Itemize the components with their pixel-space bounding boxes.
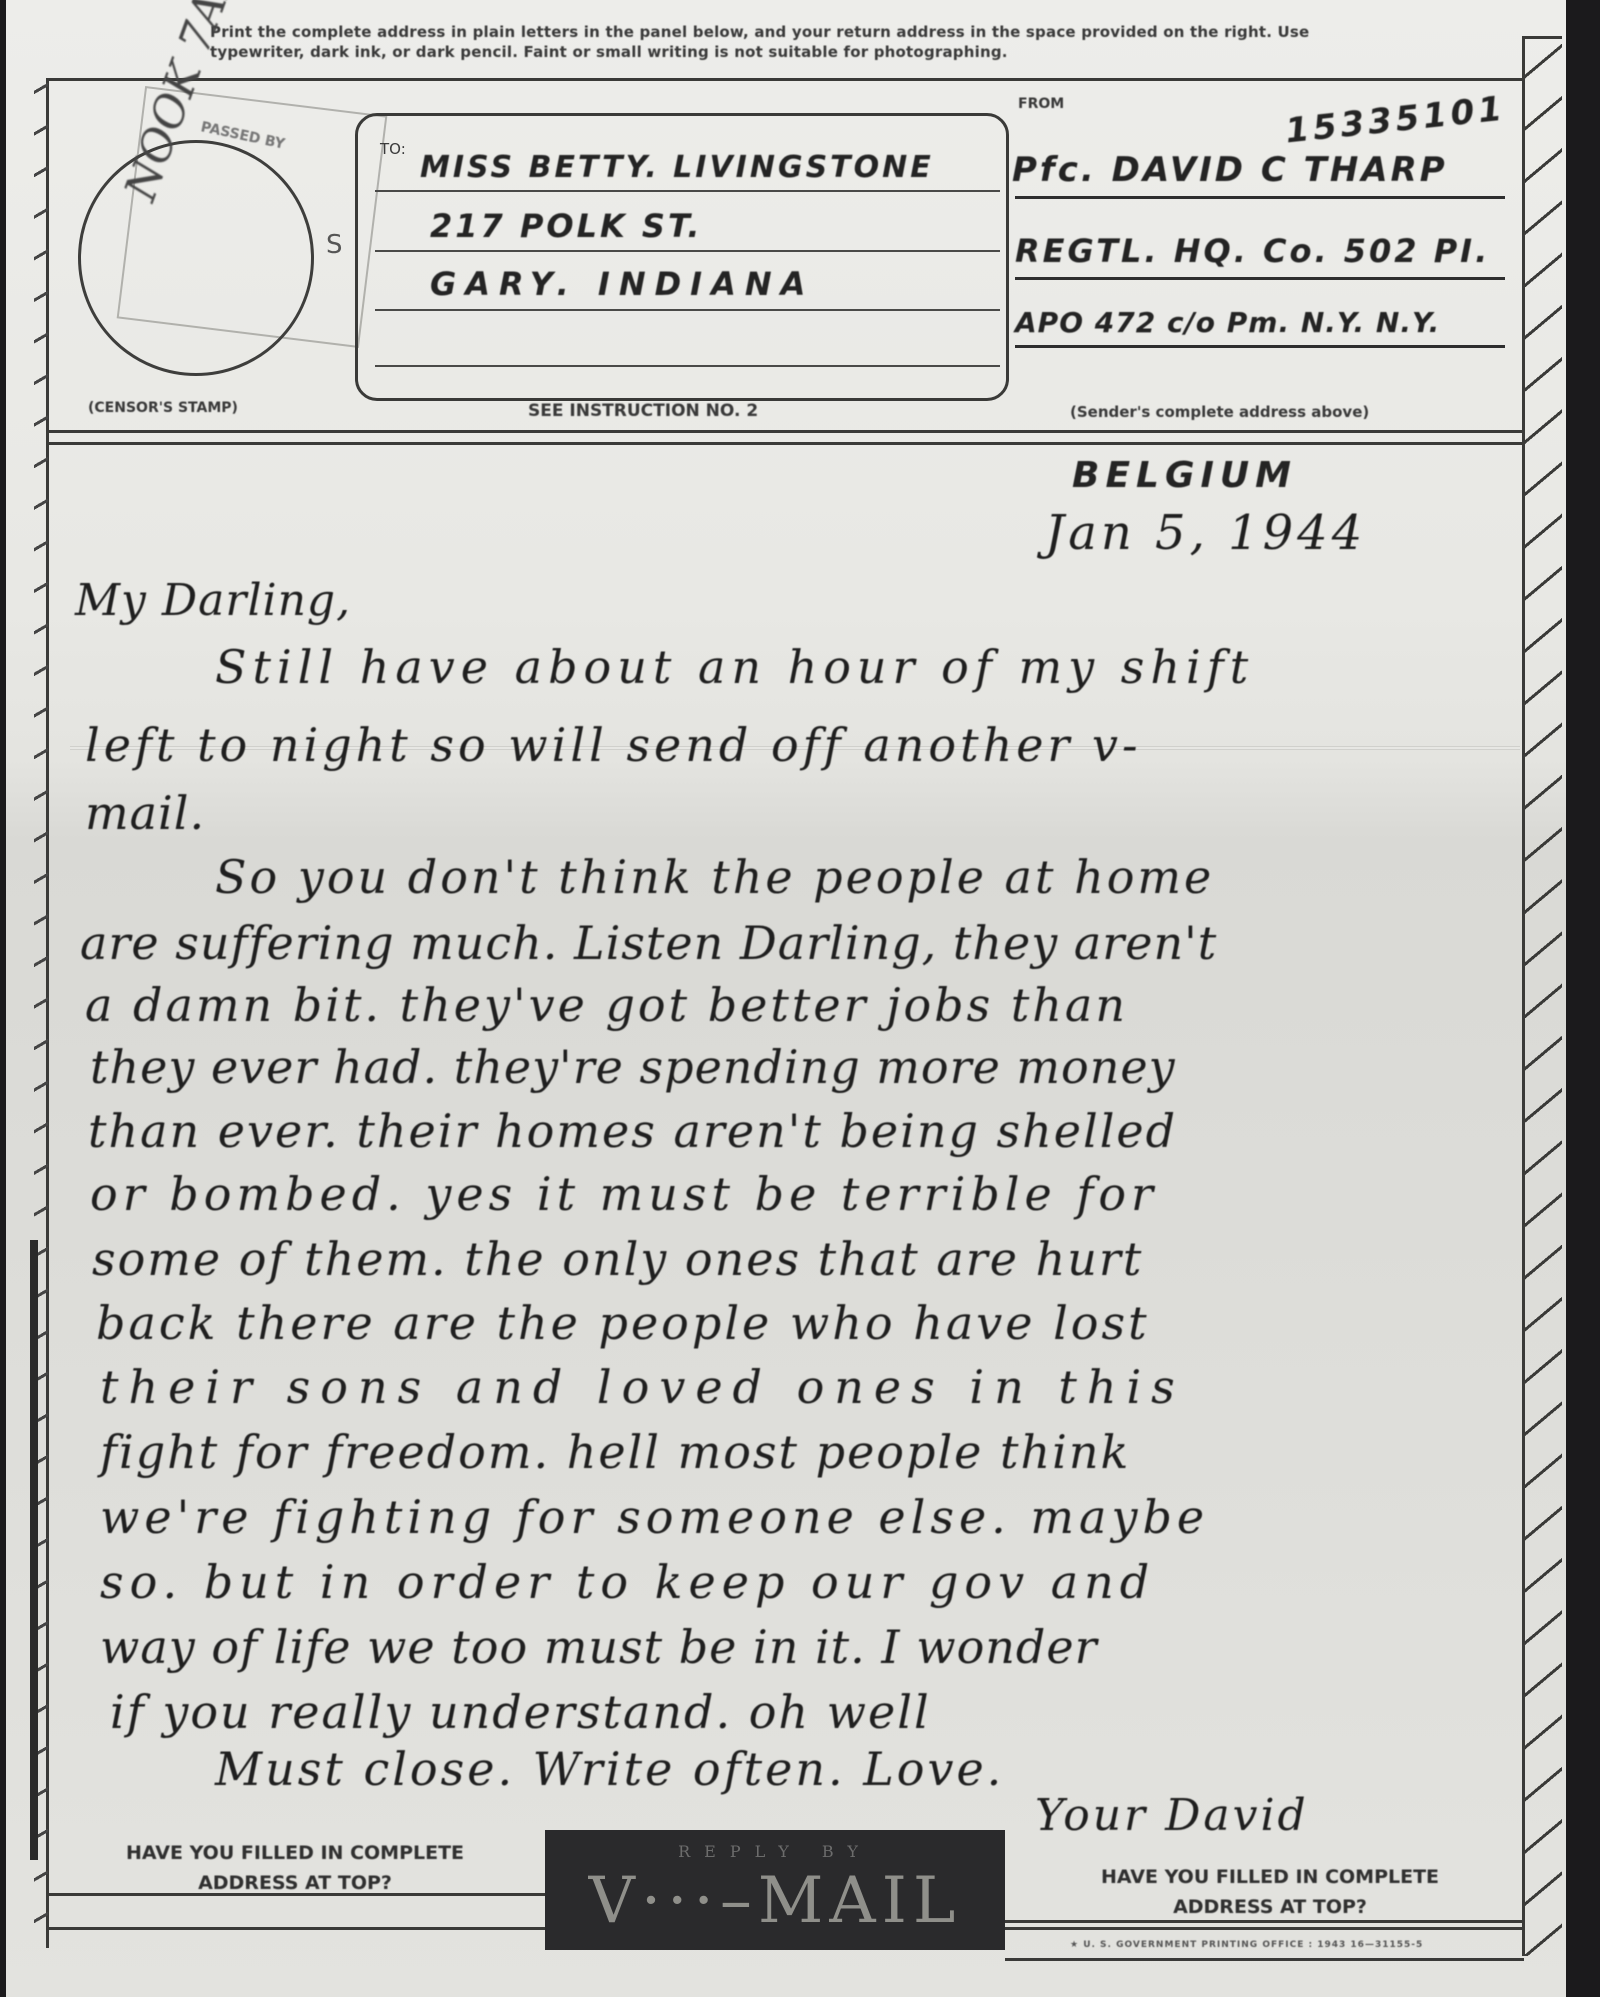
footer-question-line2: ADDRESS AT TOP? xyxy=(1055,1892,1485,1922)
letter-line: mail. xyxy=(85,786,205,840)
letter-line: are suffering much. Listen Darling, they… xyxy=(80,916,1217,970)
letter-line: than ever. their homes aren't being shel… xyxy=(88,1104,1177,1158)
letter-date: Jan 5, 1944 xyxy=(1045,505,1366,561)
letter-line: we're fighting for someone else. maybe xyxy=(100,1490,1209,1544)
address-rule-4 xyxy=(375,365,1000,367)
address-rule-3 xyxy=(375,309,1000,311)
letter-line: some of them. the only ones that are hur… xyxy=(92,1232,1143,1286)
sender-apo: APO 472 c/o Pm. N.Y. N.Y. xyxy=(1015,306,1440,339)
see-instruction-label: SEE INSTRUCTION NO. 2 xyxy=(528,401,758,421)
from-label: FROM xyxy=(1018,96,1064,112)
letter-line: a damn bit. they've got better jobs than xyxy=(85,978,1128,1032)
vmail-reply-label: REPLY BY xyxy=(545,1842,1005,1861)
footer-question-left: HAVE YOU FILLED IN COMPLETE ADDRESS AT T… xyxy=(95,1838,495,1898)
footer-question-right: HAVE YOU FILLED IN COMPLETE ADDRESS AT T… xyxy=(1055,1862,1485,1922)
censor-s-mark: S xyxy=(326,230,343,260)
right-border-line xyxy=(1522,36,1525,1956)
right-border-top xyxy=(1522,36,1562,39)
letter-line: way of life we too must be in it. I wond… xyxy=(100,1620,1098,1674)
recipient-city: GARY. INDIANA xyxy=(430,265,814,303)
address-rule-1 xyxy=(375,190,1000,192)
letter-line: if you really understand. oh well xyxy=(110,1685,931,1739)
divider-line-top xyxy=(48,430,1524,433)
letter-salutation: My Darling, xyxy=(75,575,351,626)
footer-question-line1: HAVE YOU FILLED IN COMPLETE xyxy=(95,1838,495,1868)
sender-name: Pfc. DAVID C THARP xyxy=(1012,150,1448,190)
sender-unit: REGTL. HQ. Co. 502 PI. xyxy=(1015,232,1490,270)
letter-line: Must close. Write often. Love. xyxy=(215,1742,1004,1796)
footer-question-line2: ADDRESS AT TOP? xyxy=(95,1868,495,1898)
recipient-name: MISS BETTY. LIVINGSTONE xyxy=(420,150,934,185)
letter-line: fight for freedom. hell most people thin… xyxy=(100,1425,1130,1479)
censor-stamp-label: (CENSOR'S STAMP) xyxy=(88,400,238,416)
letter-line: left to night so will send off another v… xyxy=(85,718,1142,772)
form-top-border xyxy=(48,78,1524,81)
letter-line: Still have about an hour of my shift xyxy=(215,640,1254,694)
footer-line-final xyxy=(1005,1958,1524,1961)
letter-closing-signature: Your David xyxy=(1035,1790,1309,1841)
letter-line: or bombed. yes it must be terrible for xyxy=(90,1167,1158,1221)
address-rule-2 xyxy=(375,250,1000,252)
censor-stamp-circle xyxy=(78,140,314,376)
right-hatched-border xyxy=(1524,36,1562,1956)
sender-rule-2 xyxy=(1015,277,1505,280)
letter-place: BELGIUM xyxy=(1072,455,1297,496)
sender-rule-3 xyxy=(1015,345,1505,348)
to-label: TO: xyxy=(380,140,406,158)
sender-address-label: (Sender's complete address above) xyxy=(1070,403,1369,421)
form-instructions: Print the complete address in plain lett… xyxy=(210,22,1360,62)
printing-office-imprint: ★ U. S. GOVERNMENT PRINTING OFFICE : 194… xyxy=(1070,1940,1423,1950)
letter-line: their sons and loved ones in this xyxy=(100,1360,1185,1414)
letter-line: so. but in order to keep our gov and xyxy=(100,1555,1155,1609)
letter-line: they ever had. they're spending more mon… xyxy=(90,1040,1176,1094)
vmail-title: V···–MAIL xyxy=(545,1864,1005,1938)
divider-line-bottom xyxy=(48,442,1524,445)
footer-question-line1: HAVE YOU FILLED IN COMPLETE xyxy=(1055,1862,1485,1892)
left-edge-shadow xyxy=(30,1240,38,1860)
letter-line: back there are the people who have lost xyxy=(96,1296,1150,1350)
reply-by-vmail-badge: REPLY BY V···–MAIL xyxy=(545,1830,1005,1950)
letter-line: So you don't think the people at home xyxy=(215,850,1214,904)
sender-rule-1 xyxy=(1015,196,1505,199)
recipient-street: 217 POLK ST. xyxy=(430,207,703,245)
